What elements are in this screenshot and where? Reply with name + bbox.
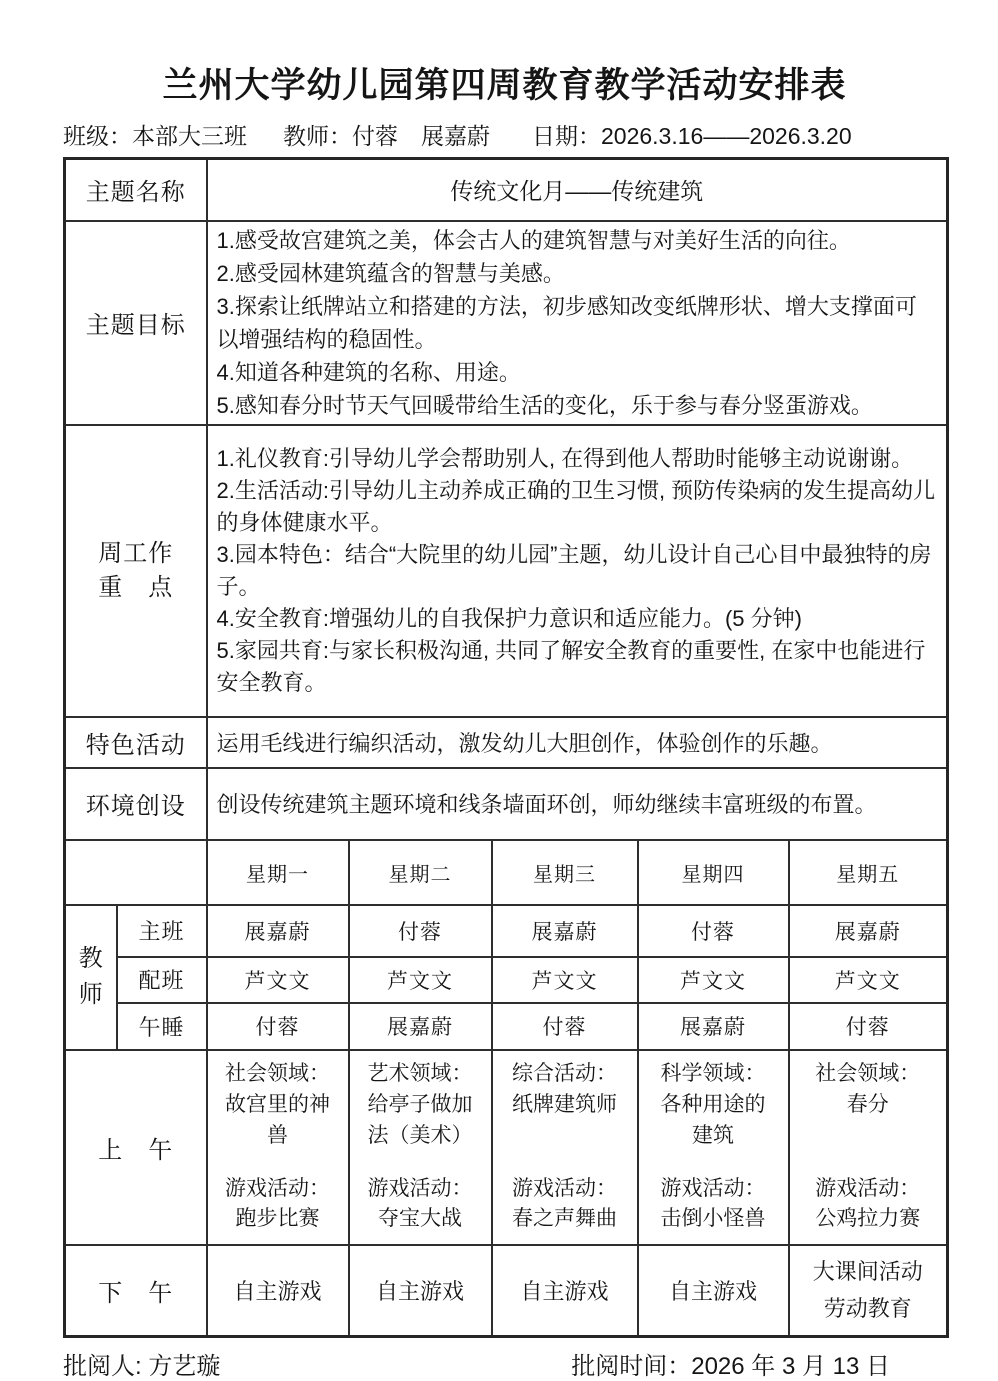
teacher-name-cell: 付蓉 [349,905,492,957]
activity-domain: 科学领域： [653,1058,774,1089]
activity-name: 纸牌建筑师 [507,1089,623,1120]
activity-domain: 社会领域： [222,1058,334,1089]
goal-item: 5.感知春分时节天气回暖带给生活的变化，乐于参与春分竖蛋游戏。 [217,389,937,422]
activity-name: 春分 [804,1089,933,1120]
focus-item: 4.安全教育:增强幼儿的自我保护力意识和适应能力。(5 分钟) [217,603,937,635]
environment-label: 环境创设 [65,768,207,840]
teacher-role-main: 主班 [117,905,207,957]
morning-cell-mon: 社会领域： 故宫里的神兽 游戏活动： 跑步比赛 [207,1050,349,1245]
activity-name: 给亭子做加法（美术） [364,1089,477,1151]
special-activity-label: 特色活动 [65,717,207,768]
teacher-name-cell: 展嘉蔚 [492,905,638,957]
theme-name-value: 传统文化月——传统建筑 [207,159,948,221]
teacher-name-cell: 芦文文 [492,957,638,1003]
game-title: 游戏活动： [804,1174,933,1204]
game-name: 击倒小怪兽 [653,1204,774,1234]
game-title: 游戏活动： [222,1174,334,1204]
morning-game: 游戏活动： 夺宝大战 [364,1174,477,1234]
teacher-role-assist: 配班 [117,957,207,1003]
morning-game: 游戏活动： 击倒小怪兽 [653,1174,774,1234]
morning-label: 上 午 [65,1050,207,1245]
teacher-name-cell: 展嘉蔚 [349,1003,492,1050]
footer-reviewer: 批阅人: 方艺璇 [63,1351,220,1381]
special-activity-row: 特色活动 运用毛线进行编织活动，激发幼儿大胆创作，体验创作的乐趣。 [65,717,948,768]
morning-game: 游戏活动： 跑步比赛 [222,1174,334,1234]
activity-domain: 综合活动： [507,1058,623,1089]
afternoon-label: 下 午 [65,1245,207,1337]
special-activity-value: 运用毛线进行编织活动，激发幼儿大胆创作，体验创作的乐趣。 [207,717,948,768]
focus-item: 1.礼仪教育:引导幼儿学会帮助别人, 在得到他人帮助时能够主动说谢谢。 [217,443,937,475]
game-name: 夺宝大战 [364,1204,477,1234]
morning-activity: 社会领域： 春分 [804,1058,933,1120]
environment-value: 创设传统建筑主题环境和线条墙面环创，师幼继续丰富班级的布置。 [207,768,948,840]
day-header-mon: 星期一 [207,840,349,905]
game-title: 游戏活动： [364,1174,477,1204]
footer-review-time: 批阅时间：2026 年 3 月 13 日 [571,1351,890,1381]
morning-cell-wed: 综合活动： 纸牌建筑师 游戏活动： 春之声舞曲 [492,1050,638,1245]
teacher-assist-row: 配班 芦文文 芦文文 芦文文 芦文文 芦文文 [65,957,948,1003]
schedule-table: 主题名称 传统文化月——传统建筑 主题目标 1.感受故宫建筑之美，体会古人的建筑… [63,157,949,1338]
theme-goals-cell: 1.感受故宫建筑之美，体会古人的建筑智慧与对美好生活的向往。 2.感受园林建筑蕴… [207,221,948,425]
theme-name-label: 主题名称 [65,159,207,221]
week-focus-label-line2: 重 点 [68,571,204,605]
activity-name: 故宫里的神兽 [222,1089,334,1151]
afternoon-fri-line2: 劳动教育 [791,1290,946,1327]
afternoon-cell-wed: 自主游戏 [492,1245,638,1337]
focus-item: 3.园本特色：结合“大院里的幼儿园”主题，幼儿设计自己心目中最独特的房子。 [217,539,937,603]
morning-cell-tue: 艺术领域： 给亭子做加法（美术） 游戏活动： 夺宝大战 [349,1050,492,1245]
afternoon-cell-tue: 自主游戏 [349,1245,492,1337]
morning-activity: 艺术领域： 给亭子做加法（美术） [364,1058,477,1151]
morning-activity: 综合活动： 纸牌建筑师 [507,1058,623,1120]
goal-item: 2.感受园林建筑蕴含的智慧与美感。 [217,257,937,290]
days-header-spacer [65,840,207,905]
teacher-name-cell: 展嘉蔚 [789,905,948,957]
environment-row: 环境创设 创设传统建筑主题环境和线条墙面环创，师幼继续丰富班级的布置。 [65,768,948,840]
teacher-name-cell: 付蓉 [207,1003,349,1050]
focus-item: 2.生活活动:引导幼儿主动养成正确的卫生习惯, 预防传染病的发生提高幼儿的身体健… [217,475,937,539]
day-header-wed: 星期三 [492,840,638,905]
teacher-name-cell: 付蓉 [789,1003,948,1050]
footer-line: 批阅人: 方艺璇 批阅时间：2026 年 3 月 13 日 [63,1351,946,1381]
day-header-thu: 星期四 [638,840,789,905]
morning-game: 游戏活动： 公鸡拉力赛 [804,1174,933,1234]
goal-item: 1.感受故宫建筑之美，体会古人的建筑智慧与对美好生活的向往。 [217,224,937,257]
afternoon-cell-thu: 自主游戏 [638,1245,789,1337]
goal-item: 3.探索让纸牌站立和搭建的方法，初步感知改变纸牌形状、增大支撑面可以增强结构的稳… [217,290,937,356]
afternoon-cell-fri: 大课间活动 劳动教育 [789,1245,948,1337]
teacher-name-cell: 付蓉 [492,1003,638,1050]
meta-class: 班级：本部大三班 [63,121,247,151]
morning-cell-thu: 科学领域： 各种用途的建筑 游戏活动： 击倒小怪兽 [638,1050,789,1245]
game-name: 公鸡拉力赛 [804,1204,933,1234]
morning-cell-fri: 社会领域： 春分 游戏活动： 公鸡拉力赛 [789,1050,948,1245]
teacher-nap-row: 午睡 付蓉 展嘉蔚 付蓉 展嘉蔚 付蓉 [65,1003,948,1050]
teacher-main-row: 教师 主班 展嘉蔚 付蓉 展嘉蔚 付蓉 展嘉蔚 [65,905,948,957]
game-name: 春之声舞曲 [507,1204,623,1234]
afternoon-cell-mon: 自主游戏 [207,1245,349,1337]
activity-domain: 社会领域： [804,1058,933,1089]
meta-line: 班级：本部大三班 教师：付蓉 展嘉蔚 日期：2026.3.16——2026.3.… [63,121,946,151]
teacher-name-cell: 付蓉 [638,905,789,957]
theme-goals-row: 主题目标 1.感受故宫建筑之美，体会古人的建筑智慧与对美好生活的向往。 2.感受… [65,221,948,425]
teacher-role-nap: 午睡 [117,1003,207,1050]
game-title: 游戏活动： [653,1174,774,1204]
activity-domain: 艺术领域： [364,1058,477,1089]
document-page: 兰州大学幼儿园第四周教育教学活动安排表 班级：本部大三班 教师：付蓉 展嘉蔚 日… [0,0,998,1381]
theme-goals-label: 主题目标 [65,221,207,425]
goal-item: 4.知道各种建筑的名称、用途。 [217,356,937,389]
week-focus-label-line1: 周工作 [68,537,204,571]
teacher-name-cell: 展嘉蔚 [638,1003,789,1050]
game-name: 跑步比赛 [222,1204,334,1234]
morning-activity: 科学领域： 各种用途的建筑 [653,1058,774,1151]
week-focus-row: 周工作 重 点 1.礼仪教育:引导幼儿学会帮助别人, 在得到他人帮助时能够主动说… [65,425,948,717]
page-title: 兰州大学幼儿园第四周教育教学活动安排表 [63,64,946,108]
activity-name: 各种用途的建筑 [653,1089,774,1151]
afternoon-fri-line1: 大课间活动 [791,1253,946,1290]
meta-date: 日期：2026.3.16——2026.3.20 [532,121,852,151]
morning-game: 游戏活动： 春之声舞曲 [507,1174,623,1234]
morning-row: 上 午 社会领域： 故宫里的神兽 游戏活动： 跑步比赛 [65,1050,948,1245]
teacher-group-label-cell: 教师 [65,905,117,1050]
afternoon-row: 下 午 自主游戏 自主游戏 自主游戏 自主游戏 大课间活动 劳动教育 [65,1245,948,1337]
theme-name-row: 主题名称 传统文化月——传统建筑 [65,159,948,221]
week-focus-cell: 1.礼仪教育:引导幼儿学会帮助别人, 在得到他人帮助时能够主动说谢谢。 2.生活… [207,425,948,717]
days-header-row: 星期一 星期二 星期三 星期四 星期五 [65,840,948,905]
day-header-fri: 星期五 [789,840,948,905]
game-title: 游戏活动： [507,1174,623,1204]
meta-teachers: 教师：付蓉 展嘉蔚 [283,121,490,151]
week-focus-label: 周工作 重 点 [65,425,207,717]
teacher-name-cell: 展嘉蔚 [207,905,349,957]
day-header-tue: 星期二 [349,840,492,905]
teacher-name-cell: 芦文文 [638,957,789,1003]
focus-item: 5.家园共育:与家长积极沟通, 共同了解安全教育的重要性, 在家中也能进行安全教… [217,635,937,699]
teacher-name-cell: 芦文文 [789,957,948,1003]
teacher-name-cell: 芦文文 [349,957,492,1003]
teacher-name-cell: 芦文文 [207,957,349,1003]
teacher-group-label: 教师 [77,941,105,1013]
morning-activity: 社会领域： 故宫里的神兽 [222,1058,334,1151]
